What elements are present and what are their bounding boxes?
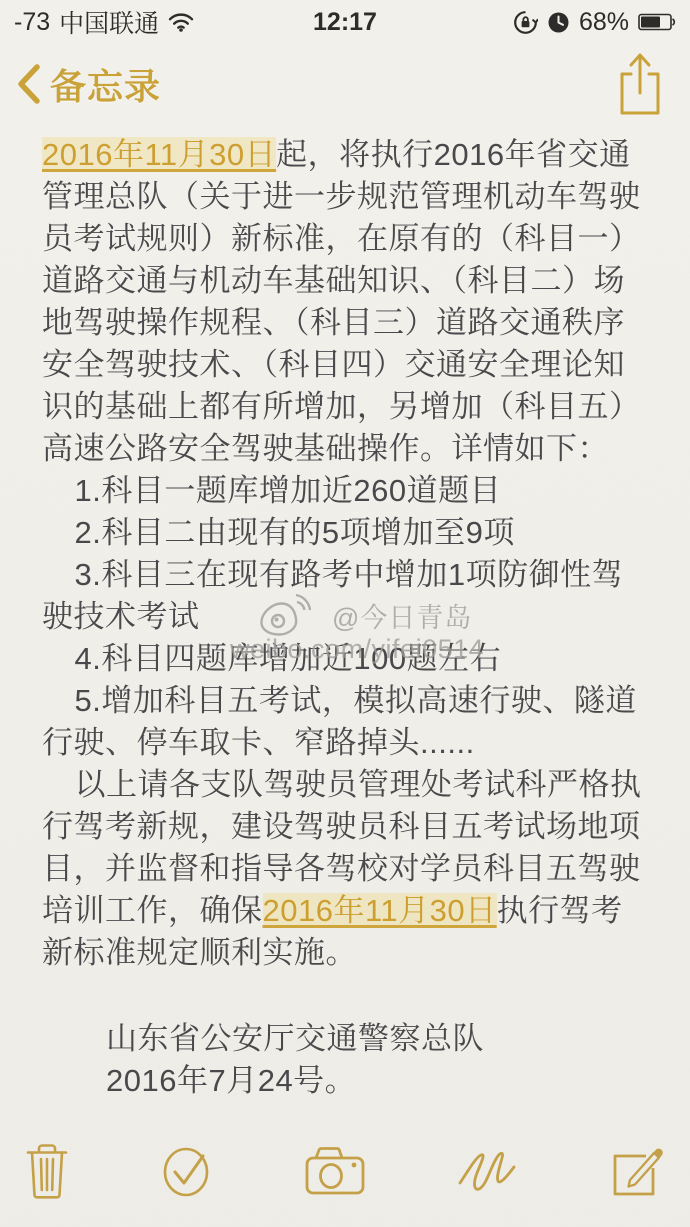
status-bar: -73 中国联通 12:17 — [0, 0, 690, 44]
note-list-item: 4.科目四题库增加近100题左右 — [42, 638, 652, 680]
battery-icon — [638, 13, 676, 31]
checklist-button[interactable] — [160, 1142, 216, 1200]
carrier-label: 中国联通 — [59, 4, 159, 40]
chevron-left-icon — [16, 64, 40, 104]
compose-icon — [608, 1142, 666, 1200]
note-paragraph-closing: 以上请各支队驾驶员管理处考试科严格执行驾考新规，建设驾驶员科目五考试场地项目，并… — [42, 764, 652, 974]
signature-org: 山东省公安厅交通警察总队 — [106, 1018, 652, 1060]
back-label: 备忘录 — [50, 59, 161, 110]
checklist-icon — [160, 1142, 216, 1200]
note-content[interactable]: 2016年11月30日起，将执行2016年省交通管理总队（关于进一步规范管理机动… — [0, 134, 690, 1102]
share-icon — [614, 51, 666, 117]
intro-text: 起，将执行2016年省交通管理总队（关于进一步规范管理机动车驾驶员考试规则）新标… — [42, 137, 641, 466]
back-button[interactable]: 备忘录 — [16, 59, 161, 110]
share-button[interactable] — [614, 51, 666, 117]
signature-block: 山东省公安厅交通警察总队 2016年7月24号。 — [42, 1018, 652, 1102]
note-list-item: 5.增加科目五考试，模拟高速行驶、隧道行驶、停车取卡、窄路掉头...... — [42, 680, 652, 764]
sketch-button[interactable] — [454, 1141, 520, 1201]
date-link[interactable]: 2016年11月30日 — [42, 137, 276, 172]
delete-note-button[interactable] — [22, 1142, 72, 1200]
sketch-squiggle-icon — [454, 1141, 520, 1201]
trash-icon — [22, 1142, 72, 1200]
note-list-item: 1.科目一题库增加近260道题目 — [42, 470, 652, 512]
wifi-icon — [168, 12, 194, 32]
note-list-item: 2.科目二由现有的5项增加至9项 — [42, 512, 652, 554]
rotation-lock-icon — [513, 10, 538, 35]
note-list-item: 3.科目三在现有路考中增加1项防御性驾驶技术考试 — [42, 554, 652, 638]
bottom-toolbar — [0, 1125, 690, 1227]
camera-button[interactable] — [304, 1146, 366, 1196]
note-paragraph-intro: 2016年11月30日起，将执行2016年省交通管理总队（关于进一步规范管理机动… — [42, 134, 652, 470]
nav-bar: 备忘录 — [0, 46, 690, 122]
date-link[interactable]: 2016年11月30日 — [263, 893, 497, 928]
compose-button[interactable] — [608, 1142, 666, 1200]
signal-strength: -73 — [14, 8, 50, 37]
camera-icon — [304, 1146, 366, 1196]
battery-percent: 68% — [579, 8, 629, 37]
notes-app-screen: -73 中国联通 12:17 — [0, 0, 690, 1227]
alarm-clock-icon — [547, 11, 570, 34]
signature-date: 2016年7月24号。 — [106, 1060, 652, 1102]
